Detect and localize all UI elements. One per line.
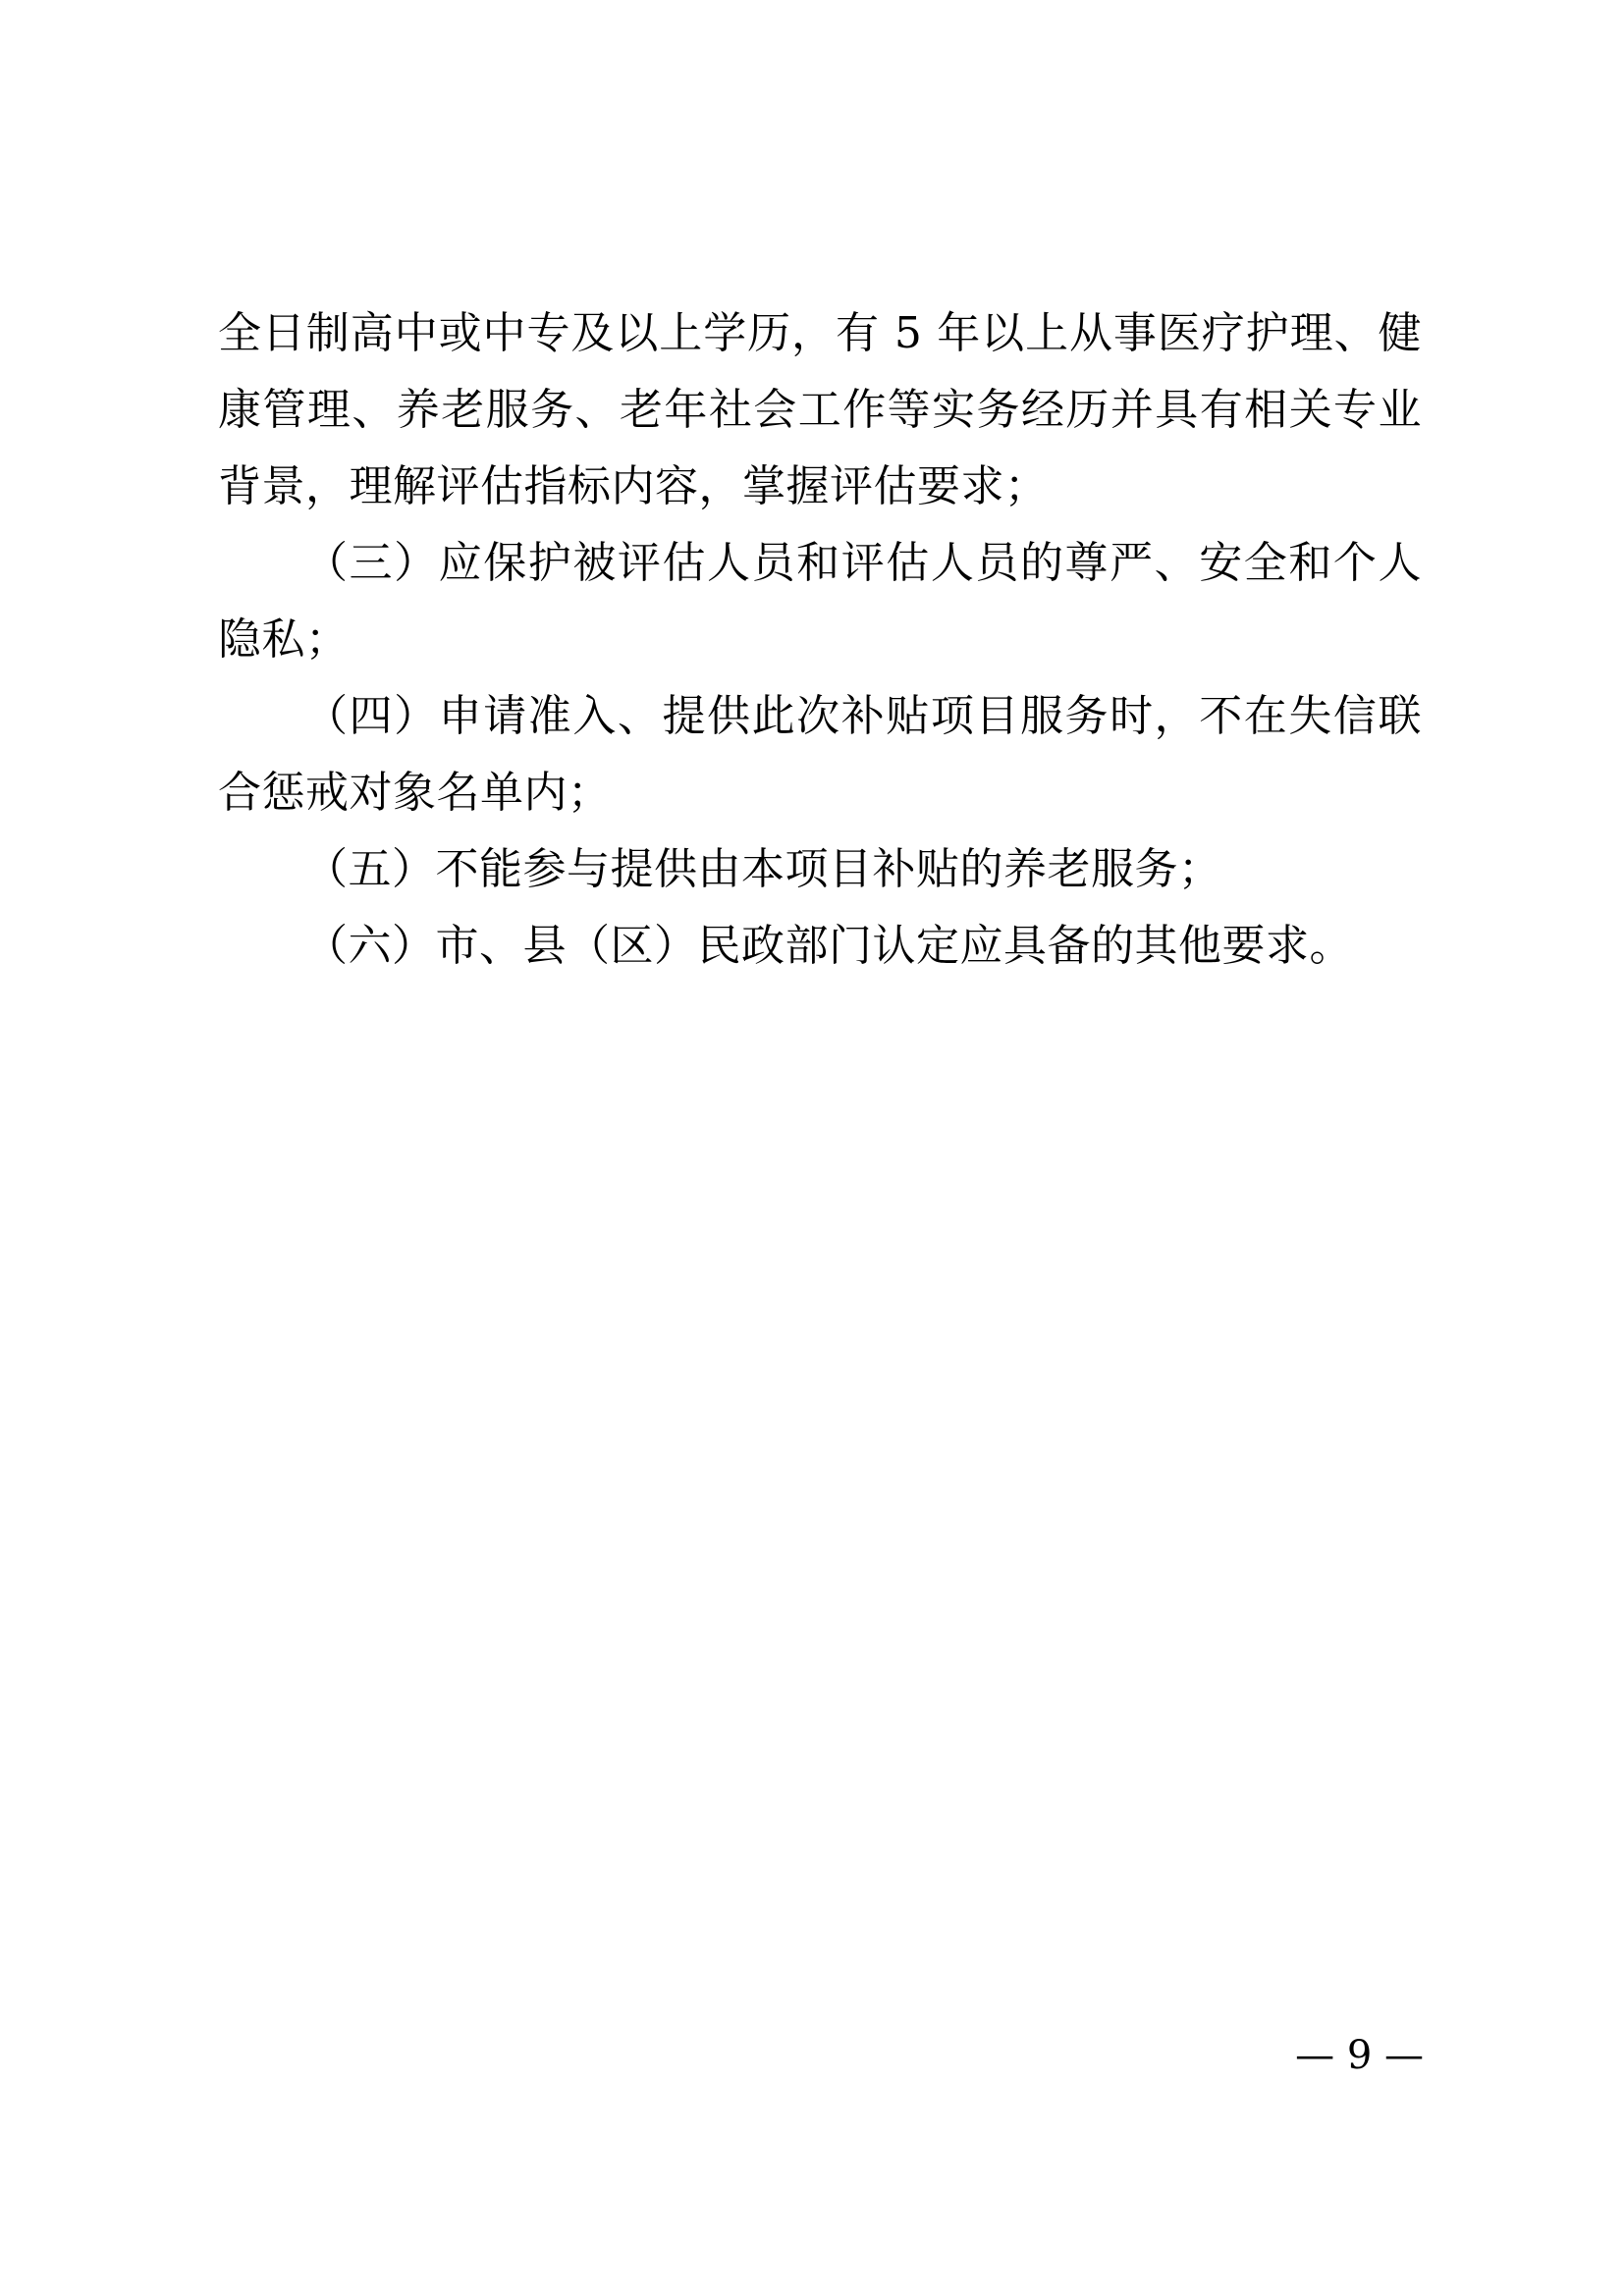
paragraph-item-3: （三）应保护被评估人员和评估人员的尊严、安全和个人隐私； [218,525,1422,678]
document-body: 全日制高中或中专及以上学历，有 5 年以上从事医疗护理、健康管理、养老服务、老年… [218,295,1422,985]
paragraph-item-6: （六）市、县（区）民政部门认定应具备的其他要求。 [218,908,1422,985]
paragraph-item-5: （五）不能参与提供由本项目补贴的养老服务； [218,831,1422,908]
page-number: — 9 — [1295,2034,1424,2077]
paragraph-item-4: （四）申请准入、提供此次补贴项目服务时，不在失信联合惩戒对象名单内； [218,678,1422,831]
paragraph-continuation: 全日制高中或中专及以上学历，有 5 年以上从事医疗护理、健康管理、养老服务、老年… [218,295,1422,525]
document-page: 全日制高中或中专及以上学历，有 5 年以上从事医疗护理、健康管理、养老服务、老年… [0,0,1624,2296]
